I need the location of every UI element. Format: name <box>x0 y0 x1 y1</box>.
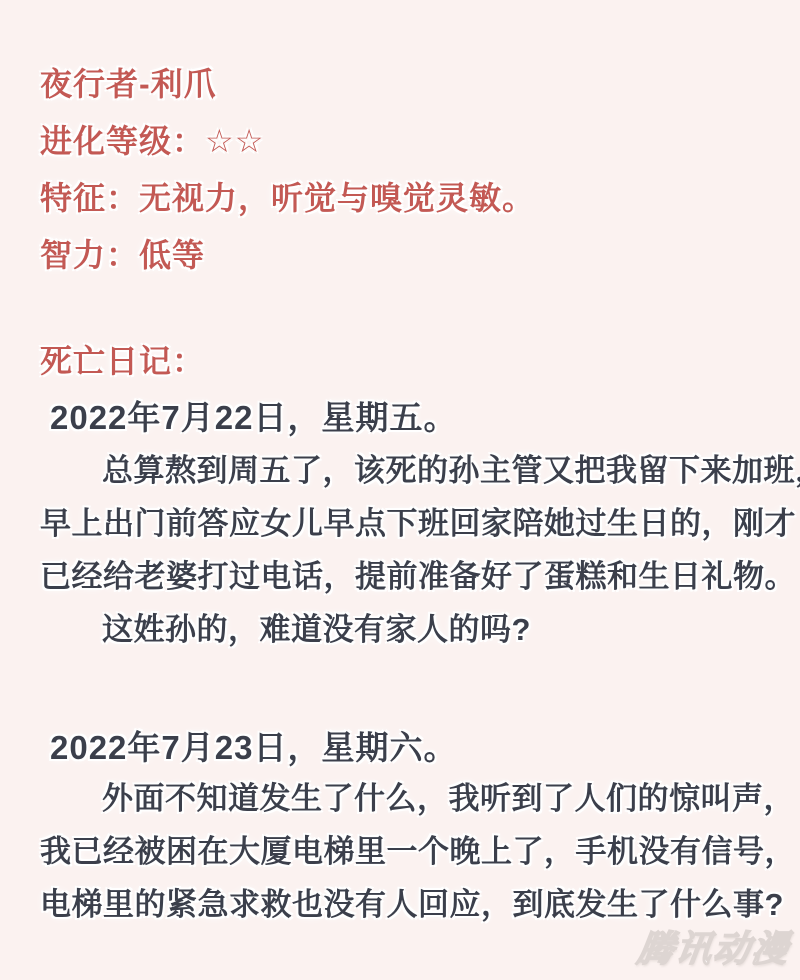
diary-entry-1-line-3: 已经给老婆打过电话，提前准备好了蛋糕和生日礼物。 <box>40 550 780 603</box>
diary-entry-2-body: 外面不知道发生了什么，我听到了人们的惊叫声， 我已经被困在大厦电梯里一个晚上了，… <box>40 772 780 931</box>
diary-entry-2-line-2: 我已经被困在大厦电梯里一个晚上了，手机没有信号， <box>40 825 780 878</box>
diary-entry-1-body: 总算熬到周五了，该死的孙主管又把我留下来加班， 早上出门前答应女儿早点下班回家陪… <box>40 444 780 656</box>
diary-entry-2-date: 2022年7月23日，星期六。 <box>50 722 457 769</box>
diary-entry-1-line-4: 这姓孙的，难道没有家人的吗? <box>40 603 780 656</box>
tencent-comics-watermark: 腾讯动漫 <box>634 921 793 972</box>
monster-name: 夜行者-利爪 <box>40 56 535 113</box>
diary-entry-2-line-1: 外面不知道发生了什么，我听到了人们的惊叫声， <box>40 772 780 825</box>
comic-text-page: 夜行者-利爪 进化等级：☆☆ 特征：无视力，听觉与嗅觉灵敏。 智力：低等 死亡日… <box>0 0 800 980</box>
evolution-level: 进化等级：☆☆ <box>40 113 535 170</box>
monster-trait: 特征：无视力，听觉与嗅觉灵敏。 <box>40 170 535 227</box>
diary-title: 死亡日记： <box>40 336 205 382</box>
diary-entry-1-line-2: 早上出门前答应女儿早点下班回家陪她过生日的，刚才 <box>40 497 780 550</box>
diary-entry-1-line-1: 总算熬到周五了，该死的孙主管又把我留下来加班， <box>40 444 780 497</box>
diary-entry-1-date: 2022年7月22日，星期五。 <box>50 392 457 439</box>
monster-intelligence: 智力：低等 <box>40 227 535 284</box>
monster-profile: 夜行者-利爪 进化等级：☆☆ 特征：无视力，听觉与嗅觉灵敏。 智力：低等 <box>40 56 535 284</box>
